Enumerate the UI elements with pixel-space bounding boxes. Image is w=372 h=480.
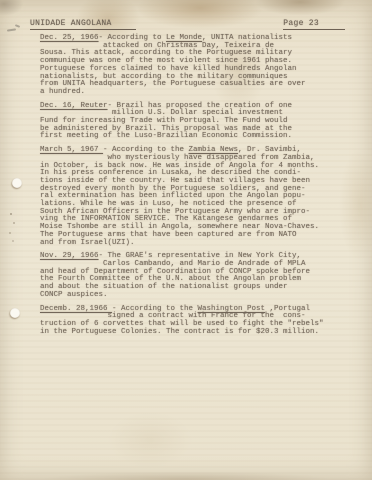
punch-hole-top: [12, 178, 22, 188]
text-segment: and from Israel(UZI).: [40, 239, 135, 247]
text-line: from UNITA headquarters, the Portuguese …: [40, 81, 352, 89]
text-line: in the Portuguese Colonies. The contract…: [40, 329, 352, 337]
text-line: first meeting of the Luso-Brazilian Econ…: [40, 133, 352, 141]
paragraph: Dec. 16, Reuter- Brazil has proposed the…: [40, 103, 352, 142]
text-segment: CONCP auspices.: [40, 291, 108, 299]
punch-hole-bottom: [10, 308, 20, 318]
text-segment: a hundred.: [40, 88, 85, 96]
text-line: and from Israel(UZI).: [40, 240, 352, 248]
scanned-page: UNIDADE ANGOLANA Page 23 Dec. 25, 1966- …: [0, 0, 372, 480]
paragraph: Dec. 25, 1966- According to Le Monde, UN…: [40, 35, 352, 97]
paragraph: March 5, 1967 - According to the Zambia …: [40, 147, 352, 247]
page-number: Page 23: [283, 19, 345, 30]
text-line: CONCP auspices.: [40, 292, 352, 300]
text-segment: first meeting of the Luso-Brazilian Econ…: [40, 132, 292, 140]
pencil-mark: [15, 24, 20, 28]
paragraph: Nov. 29, 1966- The GRAE's representative…: [40, 253, 352, 299]
paragraph: Decemb. 28,1966 - According to the Washi…: [40, 306, 352, 337]
pencil-mark: [7, 28, 16, 31]
text-segment: in the Portuguese Colonies. The contract…: [40, 328, 319, 336]
document-text: Dec. 25, 1966- According to Le Monde, UN…: [40, 35, 352, 342]
text-line: a hundred.: [40, 89, 352, 97]
document-title: UNIDADE ANGOLANA: [30, 19, 136, 30]
ink-specks: [10, 213, 12, 215]
